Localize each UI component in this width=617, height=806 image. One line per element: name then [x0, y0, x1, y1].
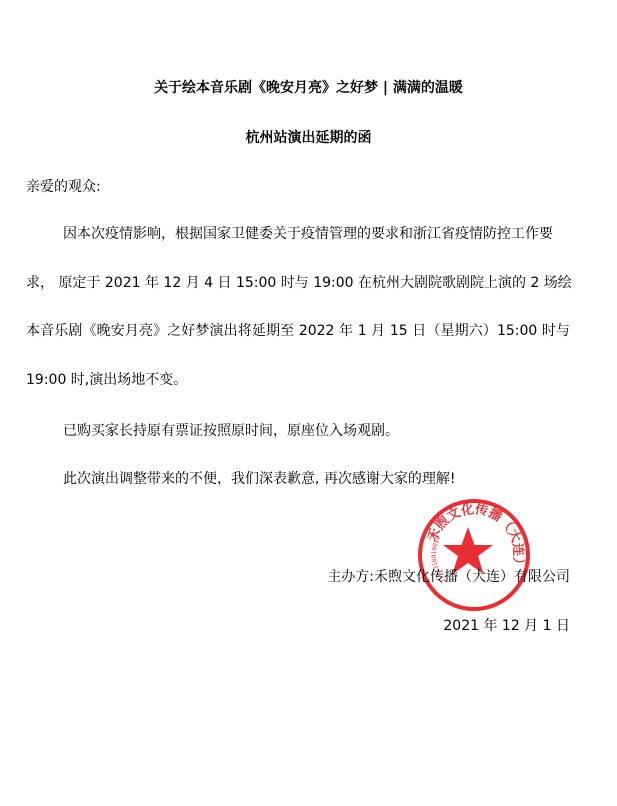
signature-date: 2021 年 12 月 1 日 [0, 616, 570, 636]
document-title: 关于绘本音乐剧《晚安月亮》之好梦 | 满满的温暖 [0, 78, 617, 98]
paragraph-1-line-3: 本音乐剧《晚安月亮》之好梦演出将延期至 2022 年 1 月 15 日（星期六）… [26, 321, 570, 341]
paragraph-1-line-4: 19:00 时,演出场地不变。 [26, 370, 570, 390]
company-seal-icon: 禾煦文化传播（大连）有限公司 2102310010010 [416, 497, 532, 613]
document-subtitle: 杭州站演出延期的函 [0, 128, 617, 148]
svg-text:2102310010010: 2102310010010 [431, 535, 448, 585]
paragraph-2: 已购买家长持原有票证按照原时间，原座位入场观剧。 [63, 421, 607, 441]
paragraph-1-line-1: 因本次疫情影响，根据国家卫健委关于疫情管理的要求和浙江省疫情防控工作要 [63, 224, 570, 244]
paragraph-3: 此次演出调整带来的不便，我们深表歉意, 再次感谢大家的理解! [63, 469, 607, 489]
paragraph-1-line-2: 求， 原定于 2021 年 12 月 4 日 15:00 时与 19:00 在杭… [26, 273, 570, 293]
salutation: 亲爱的观众: [26, 177, 570, 197]
